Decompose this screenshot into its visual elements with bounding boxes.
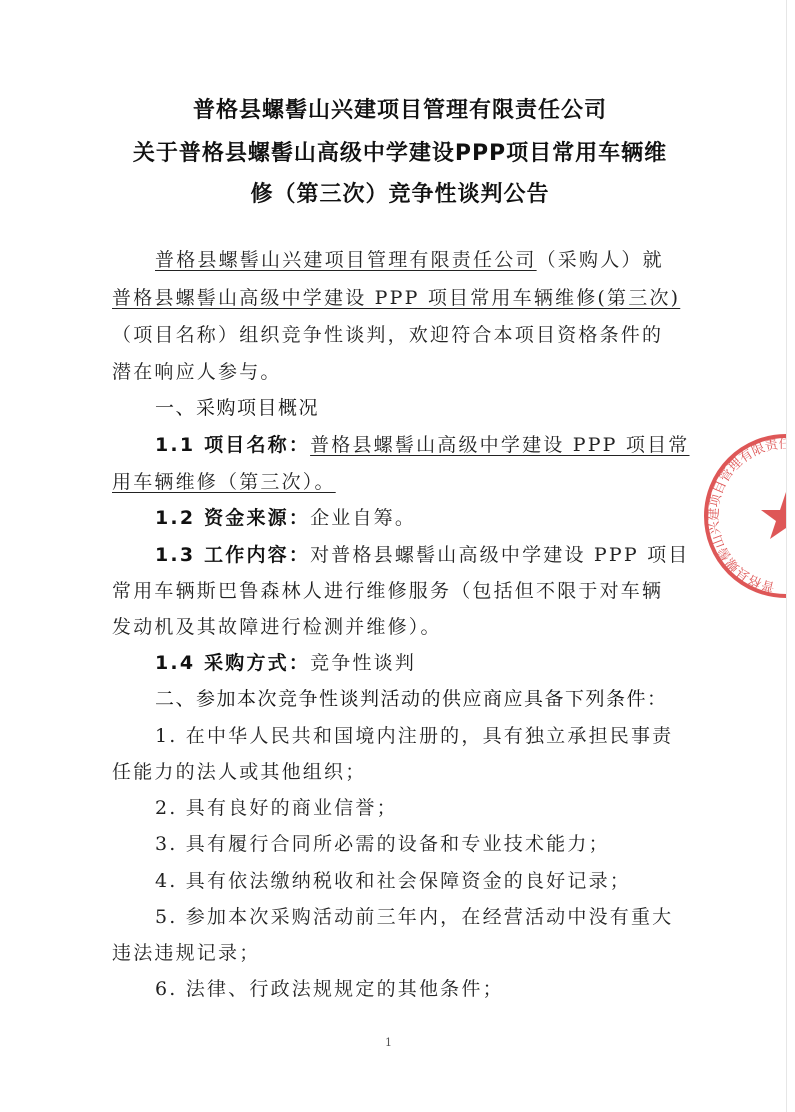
condition-6: 6. 法律、行政法规规定的其他条件；: [155, 974, 715, 1001]
item-value: 企业自筹。: [310, 507, 416, 529]
item-1-3: 1.3 工作内容：对普格县螺髻山高级中学建设 PPP 项目: [155, 540, 715, 567]
item-value: 普格县螺髻山高级中学建设 PPP 项目常: [310, 434, 689, 456]
item-value: 对普格县螺髻山高级中学建设 PPP 项目: [310, 544, 689, 566]
condition-1: 1. 在中华人民共和国境内注册的，具有独立承担民事责: [155, 721, 715, 748]
item-label: 1.2 资金来源：: [155, 507, 310, 529]
condition-3: 3. 具有履行合同所必需的设备和专业技术能力；: [155, 829, 715, 856]
page-number: 1: [385, 1036, 392, 1049]
item-1-3-cont-2: 发动机及其故障进行检测并维修）。: [112, 612, 672, 639]
intro-text: （采购人）就: [537, 249, 664, 271]
document-page: 普格县螺髻山兴建项目管理有限责任公司 关于普格县螺髻山高级中学建设PPP项目常用…: [0, 0, 786, 1112]
item-label: 1.1 项目名称：: [155, 434, 310, 456]
item-value: 竞争性谈判: [310, 652, 416, 674]
intro-line-4: 潜在响应人参与。: [112, 357, 672, 384]
item-1-1: 1.1 项目名称：普格县螺髻山高级中学建设 PPP 项目常: [155, 430, 715, 457]
condition-5: 5. 参加本次采购活动前三年内，在经营活动中没有重大: [155, 902, 715, 929]
title-line-3: 修（第三次）竞争性谈判公告: [100, 177, 700, 208]
purchaser-name: 普格县螺髻山兴建项目管理有限责任公司: [155, 249, 537, 271]
title-line-2: 关于普格县螺髻山高级中学建设PPP项目常用车辆维: [100, 136, 700, 167]
condition-2: 2. 具有良好的商业信誉；: [155, 793, 715, 820]
item-1-3-cont-1: 常用车辆斯巴鲁森林人进行维修服务（包括但不限于对车辆: [112, 576, 672, 603]
company-seal-icon: 普格县螺髻山兴建项目管理有限责任公司: [700, 430, 795, 602]
item-1-4: 1.4 采购方式：竞争性谈判: [155, 648, 715, 675]
condition-1-cont: 任能力的法人或其他组织；: [112, 757, 672, 784]
item-1-2: 1.2 资金来源：企业自筹。: [155, 503, 715, 530]
item-label: 1.3 工作内容：: [155, 544, 310, 566]
section-2-heading: 二、参加本次竞争性谈判活动的供应商应具备下列条件：: [155, 684, 715, 711]
item-1-1-cont: 用车辆维修（第三次）。: [112, 467, 336, 494]
condition-5-cont: 违法违规记录；: [112, 938, 672, 965]
page-edge: [786, 0, 787, 1112]
intro-line-1: 普格县螺髻山兴建项目管理有限责任公司（采购人）就: [155, 245, 715, 272]
title-line-1: 普格县螺髻山兴建项目管理有限责任公司: [100, 93, 700, 124]
condition-4: 4. 具有依法缴纳税收和社会保障资金的良好记录；: [155, 866, 715, 893]
item-label: 1.4 采购方式：: [155, 652, 310, 674]
section-1-heading: 一、采购项目概况: [155, 393, 715, 420]
project-name-underlined: 普格县螺髻山高级中学建设 PPP 项目常用车辆维修(第三次): [112, 283, 672, 310]
intro-line-3: （项目名称）组织竞争性谈判，欢迎符合本项目资格条件的: [112, 320, 672, 347]
